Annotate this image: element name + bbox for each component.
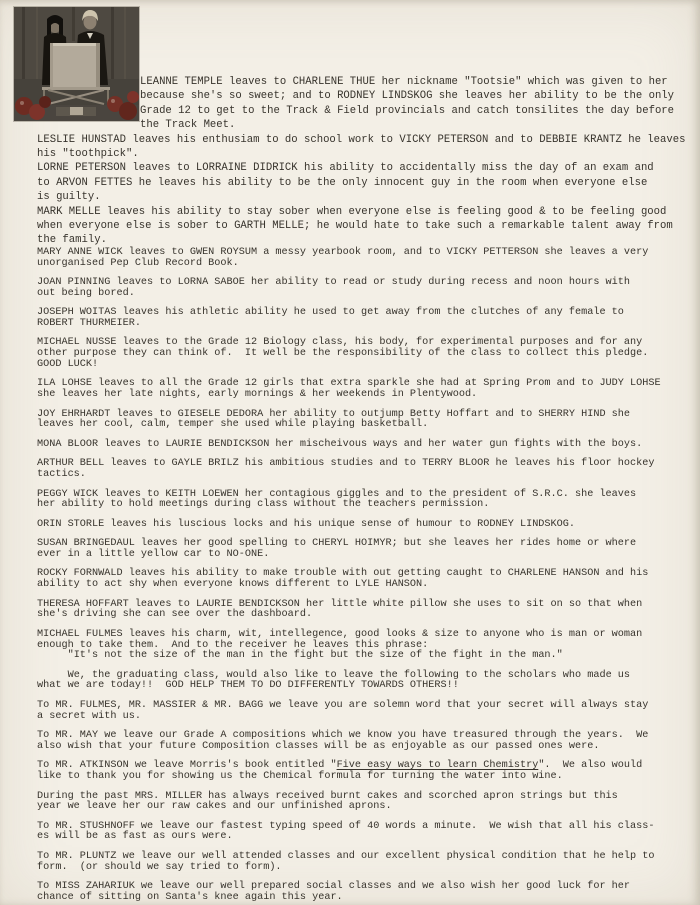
will-entry-ila-lohse: ILA LOHSE leaves to all the Grade 12 gir…	[37, 379, 696, 400]
graduation-photo-illustration	[14, 7, 139, 121]
will-entry-joan-pinning: JOAN PINNING leaves to LORNA SABOE her a…	[37, 278, 696, 299]
will-entry-joseph-woitas: JOSEPH WOITAS leaves his athletic abilit…	[37, 308, 696, 329]
will-entries-main-section: MARY ANNE WICK leaves to GWEN ROYSUM a m…	[37, 248, 696, 904]
yearbook-will-page: LEANNE TEMPLE leaves to CHARLENE THUE he…	[0, 0, 700, 905]
will-entry-to-mr-may: To MR. MAY we leave our Grade A composit…	[37, 731, 696, 752]
will-entry-rocky-fornwald: ROCKY FORNWALD leaves his ability to mak…	[37, 569, 696, 590]
will-entry-to-mr-atkinson: To MR. ATKINSON we leave Morris's book e…	[37, 761, 696, 782]
will-entry-theresa-hoffart: THERESA HOFFART leaves to LAURIE BENDICK…	[37, 600, 696, 621]
will-entry-joy-ehrhardt: JOY EHRHARDT leaves to GIESELE DEDORA he…	[37, 410, 696, 431]
will-entry-to-mr-fulmes-massier-bagg: To MR. FULMES, MR. MASSIER & MR. BAGG we…	[37, 701, 696, 722]
will-entry-leanne-temple: LEANNE TEMPLE leaves to CHARLENE THUE he…	[140, 75, 696, 133]
will-entry-mona-bloor: MONA BLOOR leaves to LAURIE BENDICKSON h…	[37, 440, 696, 451]
will-entry-orin-storle: ORIN STORLE leaves his luscious locks an…	[37, 520, 696, 531]
will-entry-mary-anne-wick: MARY ANNE WICK leaves to GWEN ROYSUM a m…	[37, 248, 696, 269]
will-entry-peggy-wick: PEGGY WICK leaves to KEITH LOEWEN her co…	[37, 490, 696, 511]
will-entry-leslie-hunstad: LESLIE HUNSTAD leaves his enthusiam to d…	[37, 133, 696, 162]
will-entry-michael-nusse: MICHAEL NUSSE leaves to the Grade 12 Bio…	[37, 338, 696, 370]
will-entry-lorne-peterson: LORNE PETERSON leaves to LORRAINE DIDRIC…	[37, 161, 696, 204]
will-entry-to-mr-stushnoff: To MR. STUSHNOFF we leave our fastest ty…	[37, 822, 696, 843]
will-entry-to-miss-zahariuk: To MISS ZAHARIUK we leave our well prepa…	[37, 882, 696, 903]
will-entry-to-mr-pluntz: To MR. PLUNTZ we leave our well attended…	[37, 852, 696, 873]
will-entry-to-mrs-miller: During the past MRS. MILLER has always r…	[37, 792, 696, 813]
will-entry-susan-bringedaul: SUSAN BRINGEDAUL leaves her good spellin…	[37, 539, 696, 560]
will-entry-michael-fulmes: MICHAEL FULMES leaves his charm, wit, in…	[37, 630, 696, 662]
will-entry-mark-melle: MARK MELLE leaves his ability to stay so…	[37, 205, 696, 248]
graduation-ceremony-photo	[14, 7, 139, 121]
book-title-underlined: Five easy ways to learn Chemistry	[337, 760, 539, 771]
will-entry-arthur-bell: ARTHUR BELL leaves to GAYLE BRILZ his am…	[37, 459, 696, 480]
atkinson-text-pre: To MR. ATKINSON we leave Morris's book e…	[37, 760, 337, 771]
will-entry-graduating-class-note: We, the graduating class, would also lik…	[37, 671, 696, 692]
